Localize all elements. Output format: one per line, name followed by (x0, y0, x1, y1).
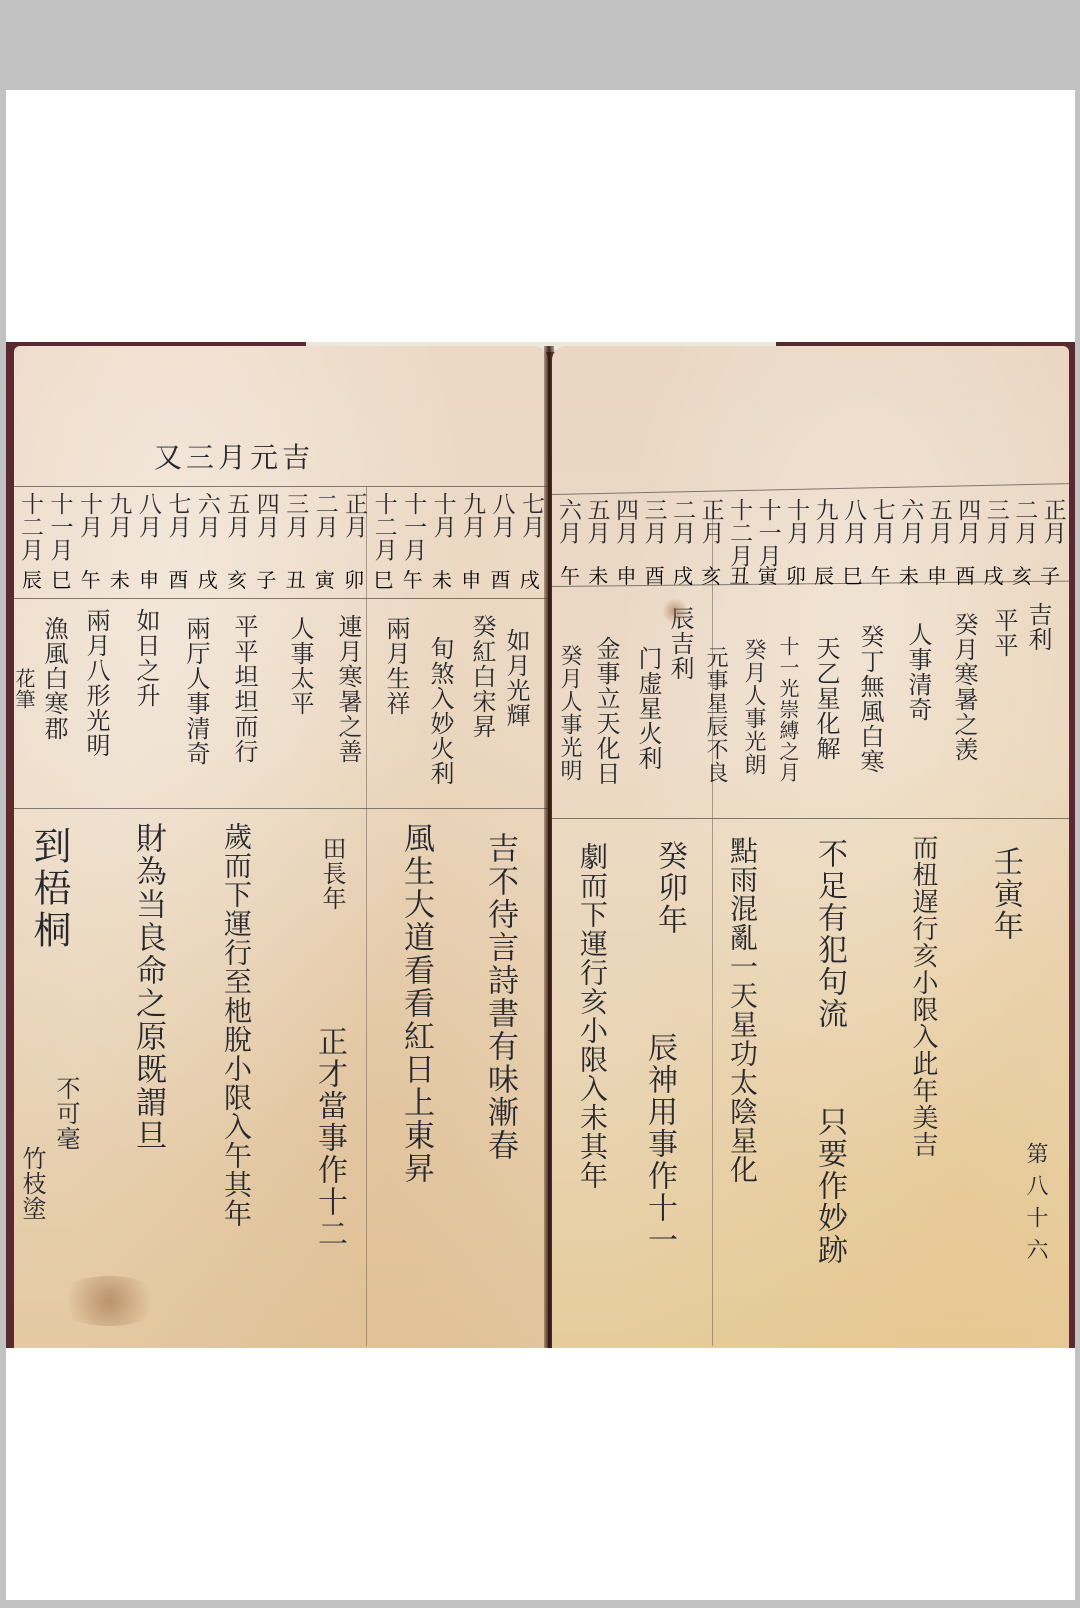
branch-label: 未 (588, 560, 608, 586)
month-header: 正月 (699, 498, 722, 548)
month-header: 七月 (165, 492, 188, 540)
branch-label: 午 (871, 560, 891, 586)
text-column: 兩月八形光明 (84, 608, 108, 758)
text-column: 人事清奇 (906, 622, 930, 722)
branch-label: 酉 (955, 560, 975, 586)
text-column: 正才當事作十二 (314, 1026, 344, 1250)
text-column: 旬煞入妙火利 (428, 636, 452, 786)
month-header: 十一月 (47, 492, 70, 540)
branch-label: 申 (139, 564, 159, 590)
branch-label: 丑 (729, 560, 749, 586)
right-month-headers: 正月 二月 三月 四月 五月 六月 七月 八月 九月 十月 十一月 十二月 正月… (556, 498, 1064, 548)
month-header: 八月 (136, 492, 159, 540)
branch-label: 巳 (373, 564, 393, 590)
month-header: 十二月 (727, 498, 750, 548)
branch-label: 未 (432, 564, 452, 590)
month-header: 五月 (585, 498, 608, 548)
branch-label: 酉 (491, 564, 511, 590)
branch-label: 亥 (227, 564, 247, 590)
month-header: 六月 (195, 492, 218, 540)
text-column: 而杻遅行亥小限入此年美吉 (910, 834, 936, 1158)
month-header: 正月 (342, 492, 365, 540)
right-section-rule (552, 818, 1069, 819)
branch-label: 戌 (520, 564, 540, 590)
month-header: 正月 (1041, 498, 1064, 548)
month-header: 二月 (313, 492, 336, 540)
month-header: 四月 (613, 498, 636, 548)
ink-blot (662, 598, 688, 624)
branch-label: 申 (461, 564, 481, 590)
month-header: 九月 (460, 492, 483, 540)
month-header: 八月 (841, 498, 864, 548)
branch-label: 亥 (1012, 560, 1032, 586)
month-header: 九月 (106, 492, 129, 540)
month-header: 七月 (870, 498, 893, 548)
text-column: 連月寒暑之善 (336, 614, 360, 764)
text-column: 風生大道看看紅日上東昇 (400, 822, 431, 1185)
branch-label: 戌 (984, 560, 1004, 586)
text-column: 財為当良命之原既謂旦 (132, 822, 163, 1152)
text-column: 兩厅人事清奇 (184, 616, 208, 766)
branch-label: 酉 (645, 560, 665, 586)
month-header: 八月 (490, 492, 513, 540)
month-header: 七月 (519, 492, 542, 540)
text-column: 癸紅白宋昇 (470, 614, 494, 739)
right-branch-row: 子 亥 戌 酉 申 未 午 巳 辰 卯 寅 丑 亥 戌 酉 申 未 午 (560, 560, 1060, 586)
text-column: 金事立天化日 (594, 636, 618, 786)
branch-label: 戌 (673, 560, 693, 586)
text-column: 平平坦坦而行 (232, 614, 256, 764)
text-column: 癸丁無風白寒 (858, 624, 882, 774)
left-month-headers: 七月 八月 九月 十月 十一月 十二月 正月 二月 三月 四月 五月 六月 七月… (18, 492, 542, 540)
text-column: 如月光輝 (504, 628, 528, 728)
left-section-rule (14, 808, 548, 809)
month-header: 三月 (283, 492, 306, 540)
month-header: 三月 (984, 498, 1007, 548)
text-column: 花筆 (14, 668, 34, 710)
text-column: 竹枝塗 (20, 1146, 44, 1221)
month-header: 六月 (556, 498, 579, 548)
branch-label: 寅 (315, 564, 335, 590)
branch-label: 辰 (814, 560, 834, 586)
right-divider (712, 506, 713, 1346)
text-column: 癸月人事光明 (558, 644, 580, 782)
month-header: 十一月 (756, 498, 779, 548)
month-header: 六月 (898, 498, 921, 548)
text-column: 田長年 (320, 836, 344, 911)
text-column: 只要作妙跡 (814, 1106, 844, 1266)
text-column: 天乙星化解 (814, 636, 838, 761)
month-header: 四月 (254, 492, 277, 540)
branch-label: 未 (899, 560, 919, 586)
text-column: 如日之升 (134, 608, 158, 708)
branch-label: 子 (256, 564, 276, 590)
branch-label: 午 (81, 564, 101, 590)
month-header: 十二月 (18, 492, 41, 540)
text-column: 元事星辰不良 (704, 646, 726, 784)
branch-label: 午 (560, 560, 580, 586)
paper-damage (54, 1276, 164, 1326)
month-header: 三月 (642, 498, 665, 548)
branch-label: 亥 (701, 560, 721, 586)
branch-label: 卯 (786, 560, 806, 586)
month-header: 十二月 (372, 492, 395, 540)
month-header: 九月 (813, 498, 836, 548)
text-column: 漁風白寒郡 (42, 616, 66, 741)
branch-label: 辰 (22, 564, 42, 590)
text-column: 平平 (992, 608, 1016, 658)
left-top-rule (14, 486, 548, 487)
month-header: 二月 (1012, 498, 1035, 548)
branch-label: 未 (110, 564, 130, 590)
branch-label: 丑 (286, 564, 306, 590)
text-column: 吉利 (1026, 602, 1050, 652)
text-column: 劇而下運行亥小限入未其年 (578, 842, 606, 1190)
branch-label: 申 (927, 560, 947, 586)
branch-label: 酉 (168, 564, 188, 590)
text-column: 门虚星火利 (636, 646, 660, 771)
month-header: 十月 (77, 492, 100, 540)
text-column: 兩月生祥 (384, 616, 408, 716)
month-header: 五月 (927, 498, 950, 548)
month-header: 十月 (431, 492, 454, 540)
text-column: 癸月人事光朗 (742, 638, 764, 776)
text-column: 癸月寒暑之羡 (952, 612, 976, 762)
month-header: 十一月 (401, 492, 424, 540)
text-column: 人事太平 (288, 616, 312, 716)
text-column: 十一光崇縛之月 (778, 636, 798, 783)
branch-label: 申 (616, 560, 636, 586)
left-annotation: 又三月元吉 (154, 444, 314, 472)
month-header: 十月 (784, 498, 807, 548)
text-column: 點雨混亂一天星功太陰星化 (728, 836, 756, 1184)
right-page: 正月 二月 三月 四月 五月 六月 七月 八月 九月 十月 十一月 十二月 正月… (552, 346, 1069, 1348)
branch-label: 巳 (842, 560, 862, 586)
month-header: 二月 (670, 498, 693, 548)
text-column: 不足有犯句流 (814, 838, 844, 1030)
text-column: 到梧桐 (30, 826, 68, 952)
text-column: 癸卯年 (654, 840, 684, 936)
branch-label: 子 (1040, 560, 1060, 586)
text-column: 不可毫 (54, 1076, 78, 1151)
left-divider (366, 486, 367, 1346)
left-page: 又三月元吉 七月 八月 九月 十月 十一月 十二月 正月 二月 三月 四月 五月… (14, 346, 548, 1348)
branch-label: 戌 (198, 564, 218, 590)
branch-label: 巳 (51, 564, 71, 590)
text-column: 第八十六 (1024, 1142, 1046, 1270)
text-column: 歲而下運行至杝脫小限入午其年 (222, 822, 250, 1228)
left-branch-row: 戌 酉 申 未 午 巳 卯 寅 丑 子 亥 戌 酉 申 未 午 巳 辰 (22, 564, 540, 590)
left-mid-rule (14, 598, 548, 599)
manuscript-photo: 又三月元吉 七月 八月 九月 十月 十一月 十二月 正月 二月 三月 四月 五月… (6, 342, 1075, 1348)
text-column: 吉不待言詩書有味漸春 (484, 832, 515, 1162)
month-header: 五月 (224, 492, 247, 540)
branch-label: 寅 (758, 560, 778, 586)
branch-label: 午 (403, 564, 423, 590)
text-column: 壬寅年 (990, 846, 1020, 942)
right-top-rule (552, 483, 1069, 495)
month-header: 四月 (955, 498, 978, 548)
branch-label: 卯 (344, 564, 364, 590)
text-column: 辰神用事作十一 (644, 1032, 674, 1256)
